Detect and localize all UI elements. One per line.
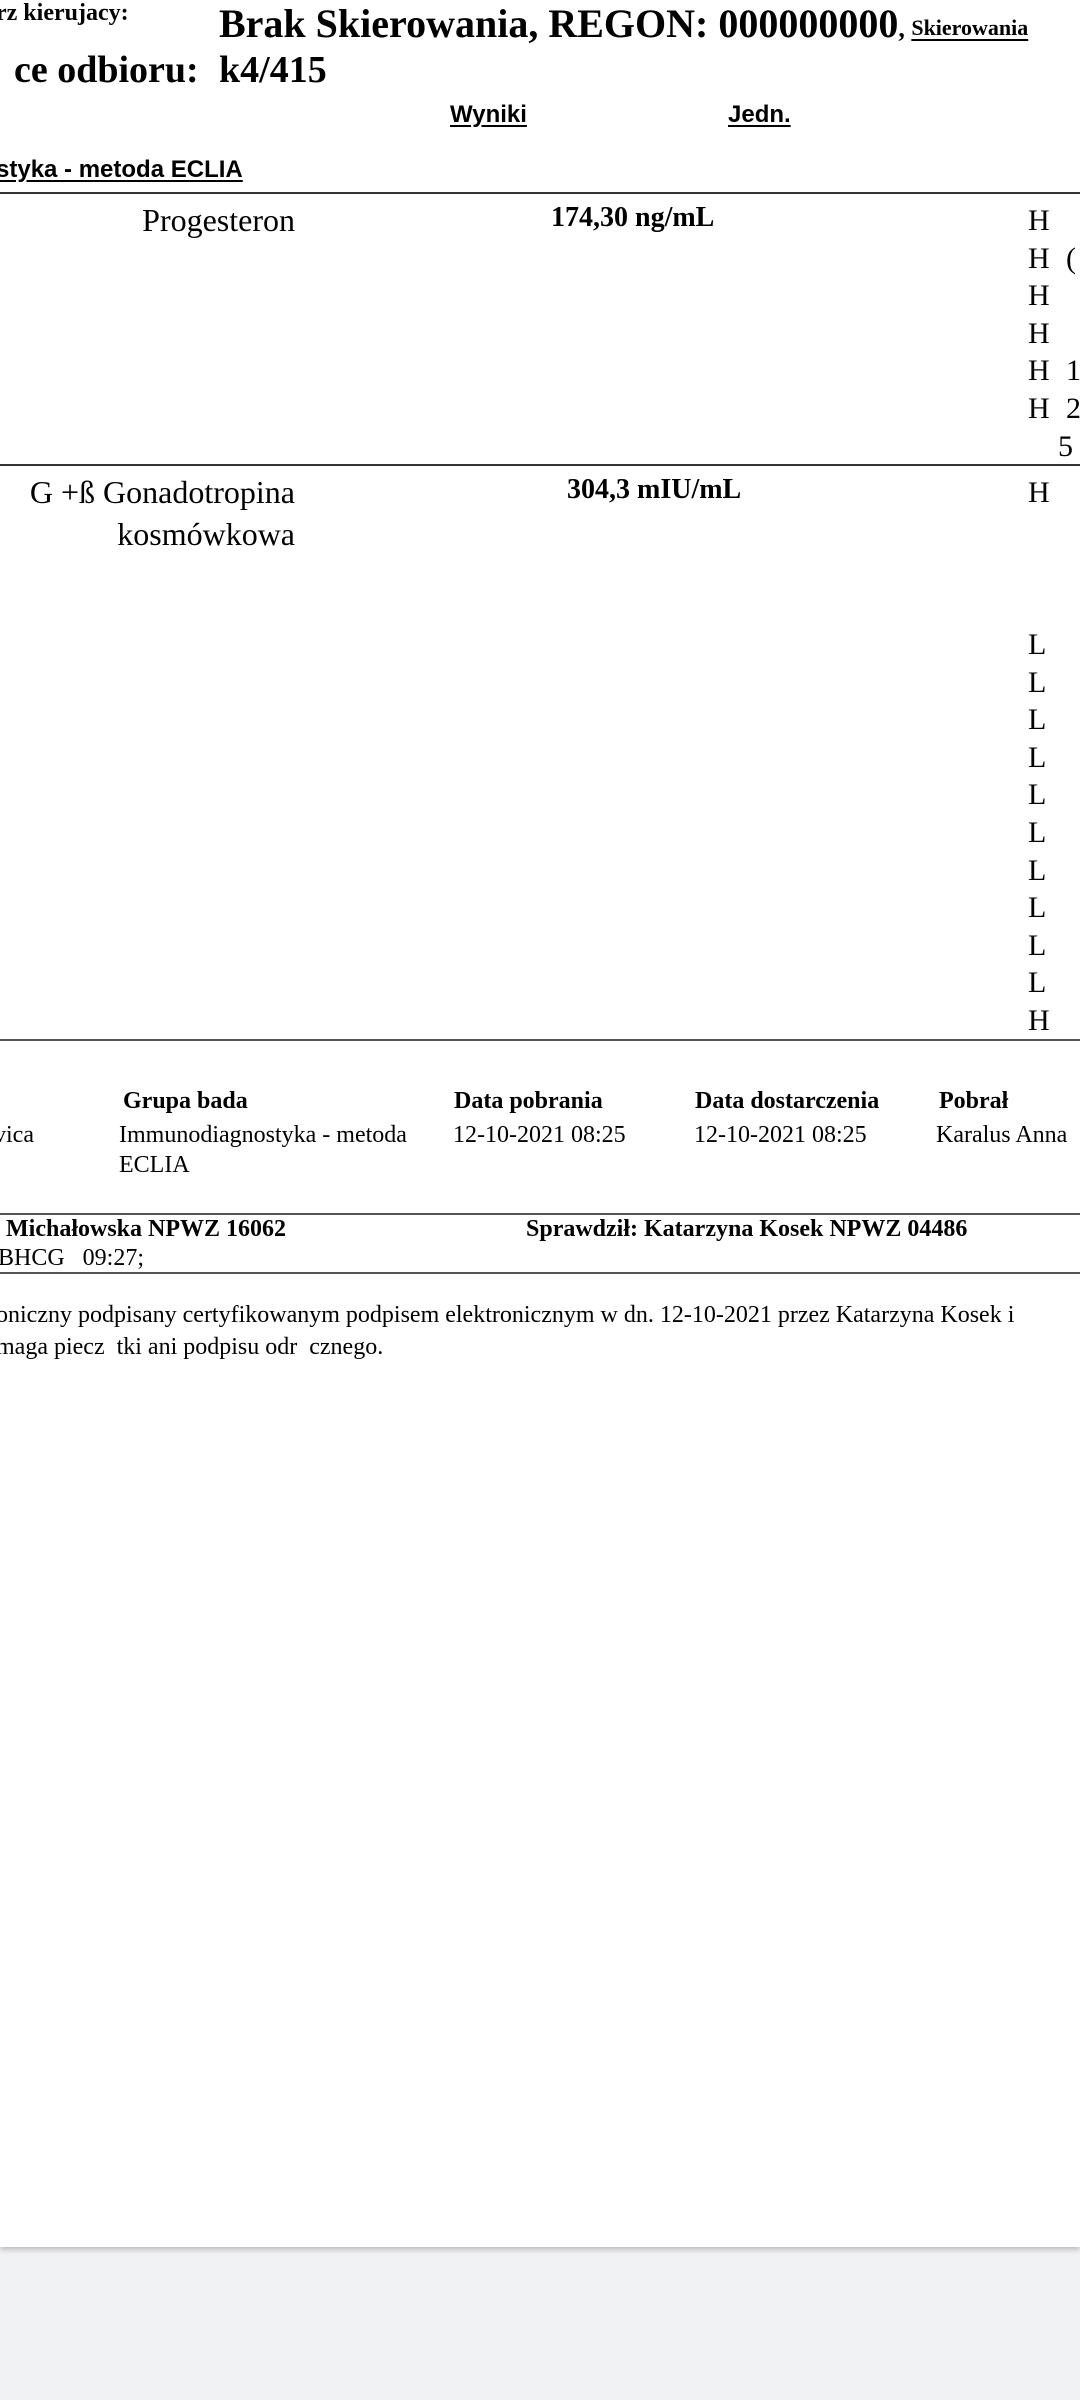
electronic-signature-note-2: maga piecz tki ani podpisu odr cznego.	[0, 1334, 383, 1361]
divider	[0, 1039, 1080, 1041]
result-value-progesteron: 174,30 ng/mL	[551, 202, 714, 234]
result-number: 174,30	[551, 202, 628, 233]
pickup-place-value: k4/415	[219, 48, 327, 92]
result-value-hcg: 304,3 mIU/mL	[567, 474, 741, 506]
divider	[0, 464, 1080, 466]
test-group-title: styka - metoda ECLIA	[0, 156, 243, 184]
referring-doctor-label: rz kierujacy:	[0, 0, 129, 27]
pickup-place-label: ce odbioru:	[14, 48, 199, 92]
test-name-progesteron: Progesteron	[142, 199, 295, 241]
table-cell-delivery-date: 12-10-2021 08:25	[694, 1120, 867, 1150]
result-unit: ng/mL	[635, 202, 714, 233]
lab-report-page: rz kierujacy: Brak Skierowania, REGON: 0…	[0, 0, 1080, 2247]
referring-doctor-value: Brak Skierowania, REGON: 000000000, Skie…	[219, 0, 1028, 47]
table-cell-collection-date: 12-10-2021 08:25	[453, 1120, 626, 1150]
log-line: BHCG 09:27;	[0, 1245, 144, 1272]
table-header-collected-by: Pobrał	[939, 1088, 1008, 1115]
table-header-delivery-date: Data dostarczenia	[695, 1088, 879, 1115]
referring-doctor-text: Brak Skierowania, REGON: 000000000	[219, 1, 898, 46]
result-unit: mIU/mL	[637, 474, 741, 505]
flags-progesteron: H H H H H H	[1028, 202, 1050, 465]
reference-range-progesteron: ( 1 2 5	[1066, 202, 1080, 465]
flag-hcg: H	[1028, 474, 1050, 512]
divider	[0, 1272, 1080, 1274]
table-cell-group: Immunodiagnostyka - metoda ECLIA	[119, 1120, 407, 1180]
checked-by: Sprawdził: Katarzyna Kosek NPWZ 04486	[526, 1216, 967, 1243]
table-cell-collected-by: Karalus Anna	[936, 1120, 1067, 1150]
table-header-collection-date: Data pobrania	[454, 1088, 603, 1115]
performed-by: Michałowska NPWZ 16062	[0, 1216, 286, 1243]
referral-link[interactable]: Skierowania	[911, 15, 1028, 40]
divider	[0, 1213, 1080, 1215]
table-header-group: Grupa bada	[123, 1088, 248, 1115]
table-cell-first: vica	[0, 1120, 34, 1150]
electronic-signature-note: oniczny podpisany certyfikowanym podpise…	[0, 1302, 1014, 1329]
test-name-hcg: G +ß Gonadotropina kosmówkowa	[30, 471, 295, 555]
result-number: 304,3	[567, 474, 630, 505]
column-header-unit: Jedn.	[728, 101, 791, 129]
divider	[0, 192, 1080, 194]
column-header-results: Wyniki	[450, 101, 527, 129]
flags-hcg-ranges: L L L L L L L L L L H	[1028, 626, 1050, 1040]
